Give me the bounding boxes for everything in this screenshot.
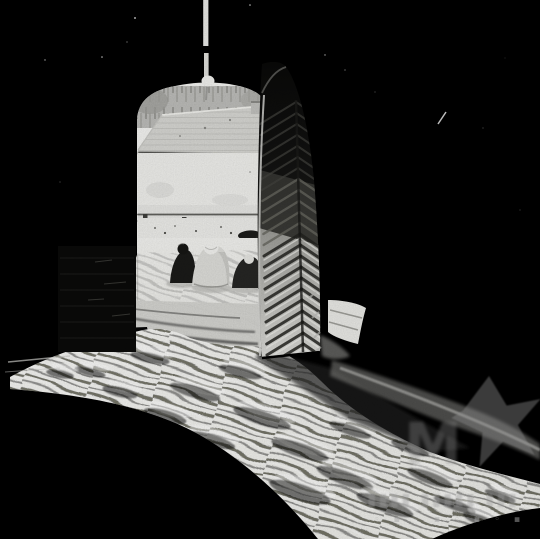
watermark-line-2: ◦ ▪ ◦ ▪ ◦ ▪ ◦ ▪ xyxy=(374,514,526,525)
watermark-glyph: M xyxy=(404,410,462,478)
watermark-line-1: ▮▮▮▮ ▮▮▮▮▮ ▮▮▮ xyxy=(367,490,519,510)
photo-stage: M ▮▮▮▮ ▮▮▮▮▮ ▮▮▮ ◦ ▪ ◦ ▪ ◦ ▪ ◦ ▪ xyxy=(0,0,540,539)
